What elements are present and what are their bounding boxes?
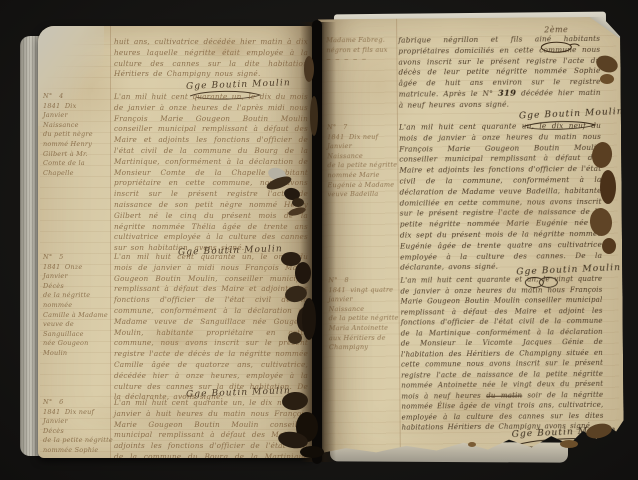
binding-gutter xyxy=(312,20,322,464)
margin-annotation: N° 5 1841 Onze Janvier Décès de la négri… xyxy=(43,253,113,359)
margin-annotation: N° 7 1841 Dix neuf Janvier Naissance de … xyxy=(327,123,398,200)
edge-stain xyxy=(600,74,614,84)
page-number-annotation: 2ème xyxy=(544,25,568,34)
paper-stain xyxy=(470,190,570,240)
officer-signature: Gge Boutin Moulin xyxy=(186,380,291,399)
stray-ink-flourish xyxy=(536,39,580,55)
scanned-register-view: huit ans, cultivatrice décédée hier mati… xyxy=(0,0,638,480)
edge-stain xyxy=(602,238,616,254)
margin-rule xyxy=(110,26,111,458)
entry-body: L'an mil huit cent quarante un, le dix n… xyxy=(114,398,308,458)
signature-text: Gge Boutin Moulin xyxy=(519,107,624,122)
margin-annotation: N° 8 1841 vingt quatre janvier Naissance… xyxy=(328,276,399,353)
ink-blot xyxy=(288,332,302,344)
ink-blot xyxy=(295,262,311,284)
margin-annotation: Madame Fabreg. négron et fils aux ‒ ‒ ‒ … xyxy=(326,36,396,65)
paper-stain xyxy=(190,36,260,62)
paper-stain xyxy=(410,370,540,430)
paper-stain xyxy=(130,320,220,360)
edge-stain xyxy=(560,440,578,448)
matricule-number: 319 xyxy=(498,89,516,99)
left-page: huit ans, cultivatrice décédée hier mati… xyxy=(38,26,312,458)
ink-blot xyxy=(310,96,318,136)
ink-blot xyxy=(302,298,316,340)
edge-stain xyxy=(600,170,616,204)
ink-blot xyxy=(300,446,324,458)
ink-blot xyxy=(304,56,314,82)
ink-blot xyxy=(292,198,304,207)
signature-text: Gge Boutin Moulin xyxy=(186,78,291,92)
margin-annotation: N° 6 1841 Dix neuf Janvier Décès de la p… xyxy=(43,398,113,456)
edge-stain xyxy=(468,442,476,447)
margin-annotation: N° 4 1841 Dix Janvier Naissance du petit… xyxy=(43,92,113,178)
